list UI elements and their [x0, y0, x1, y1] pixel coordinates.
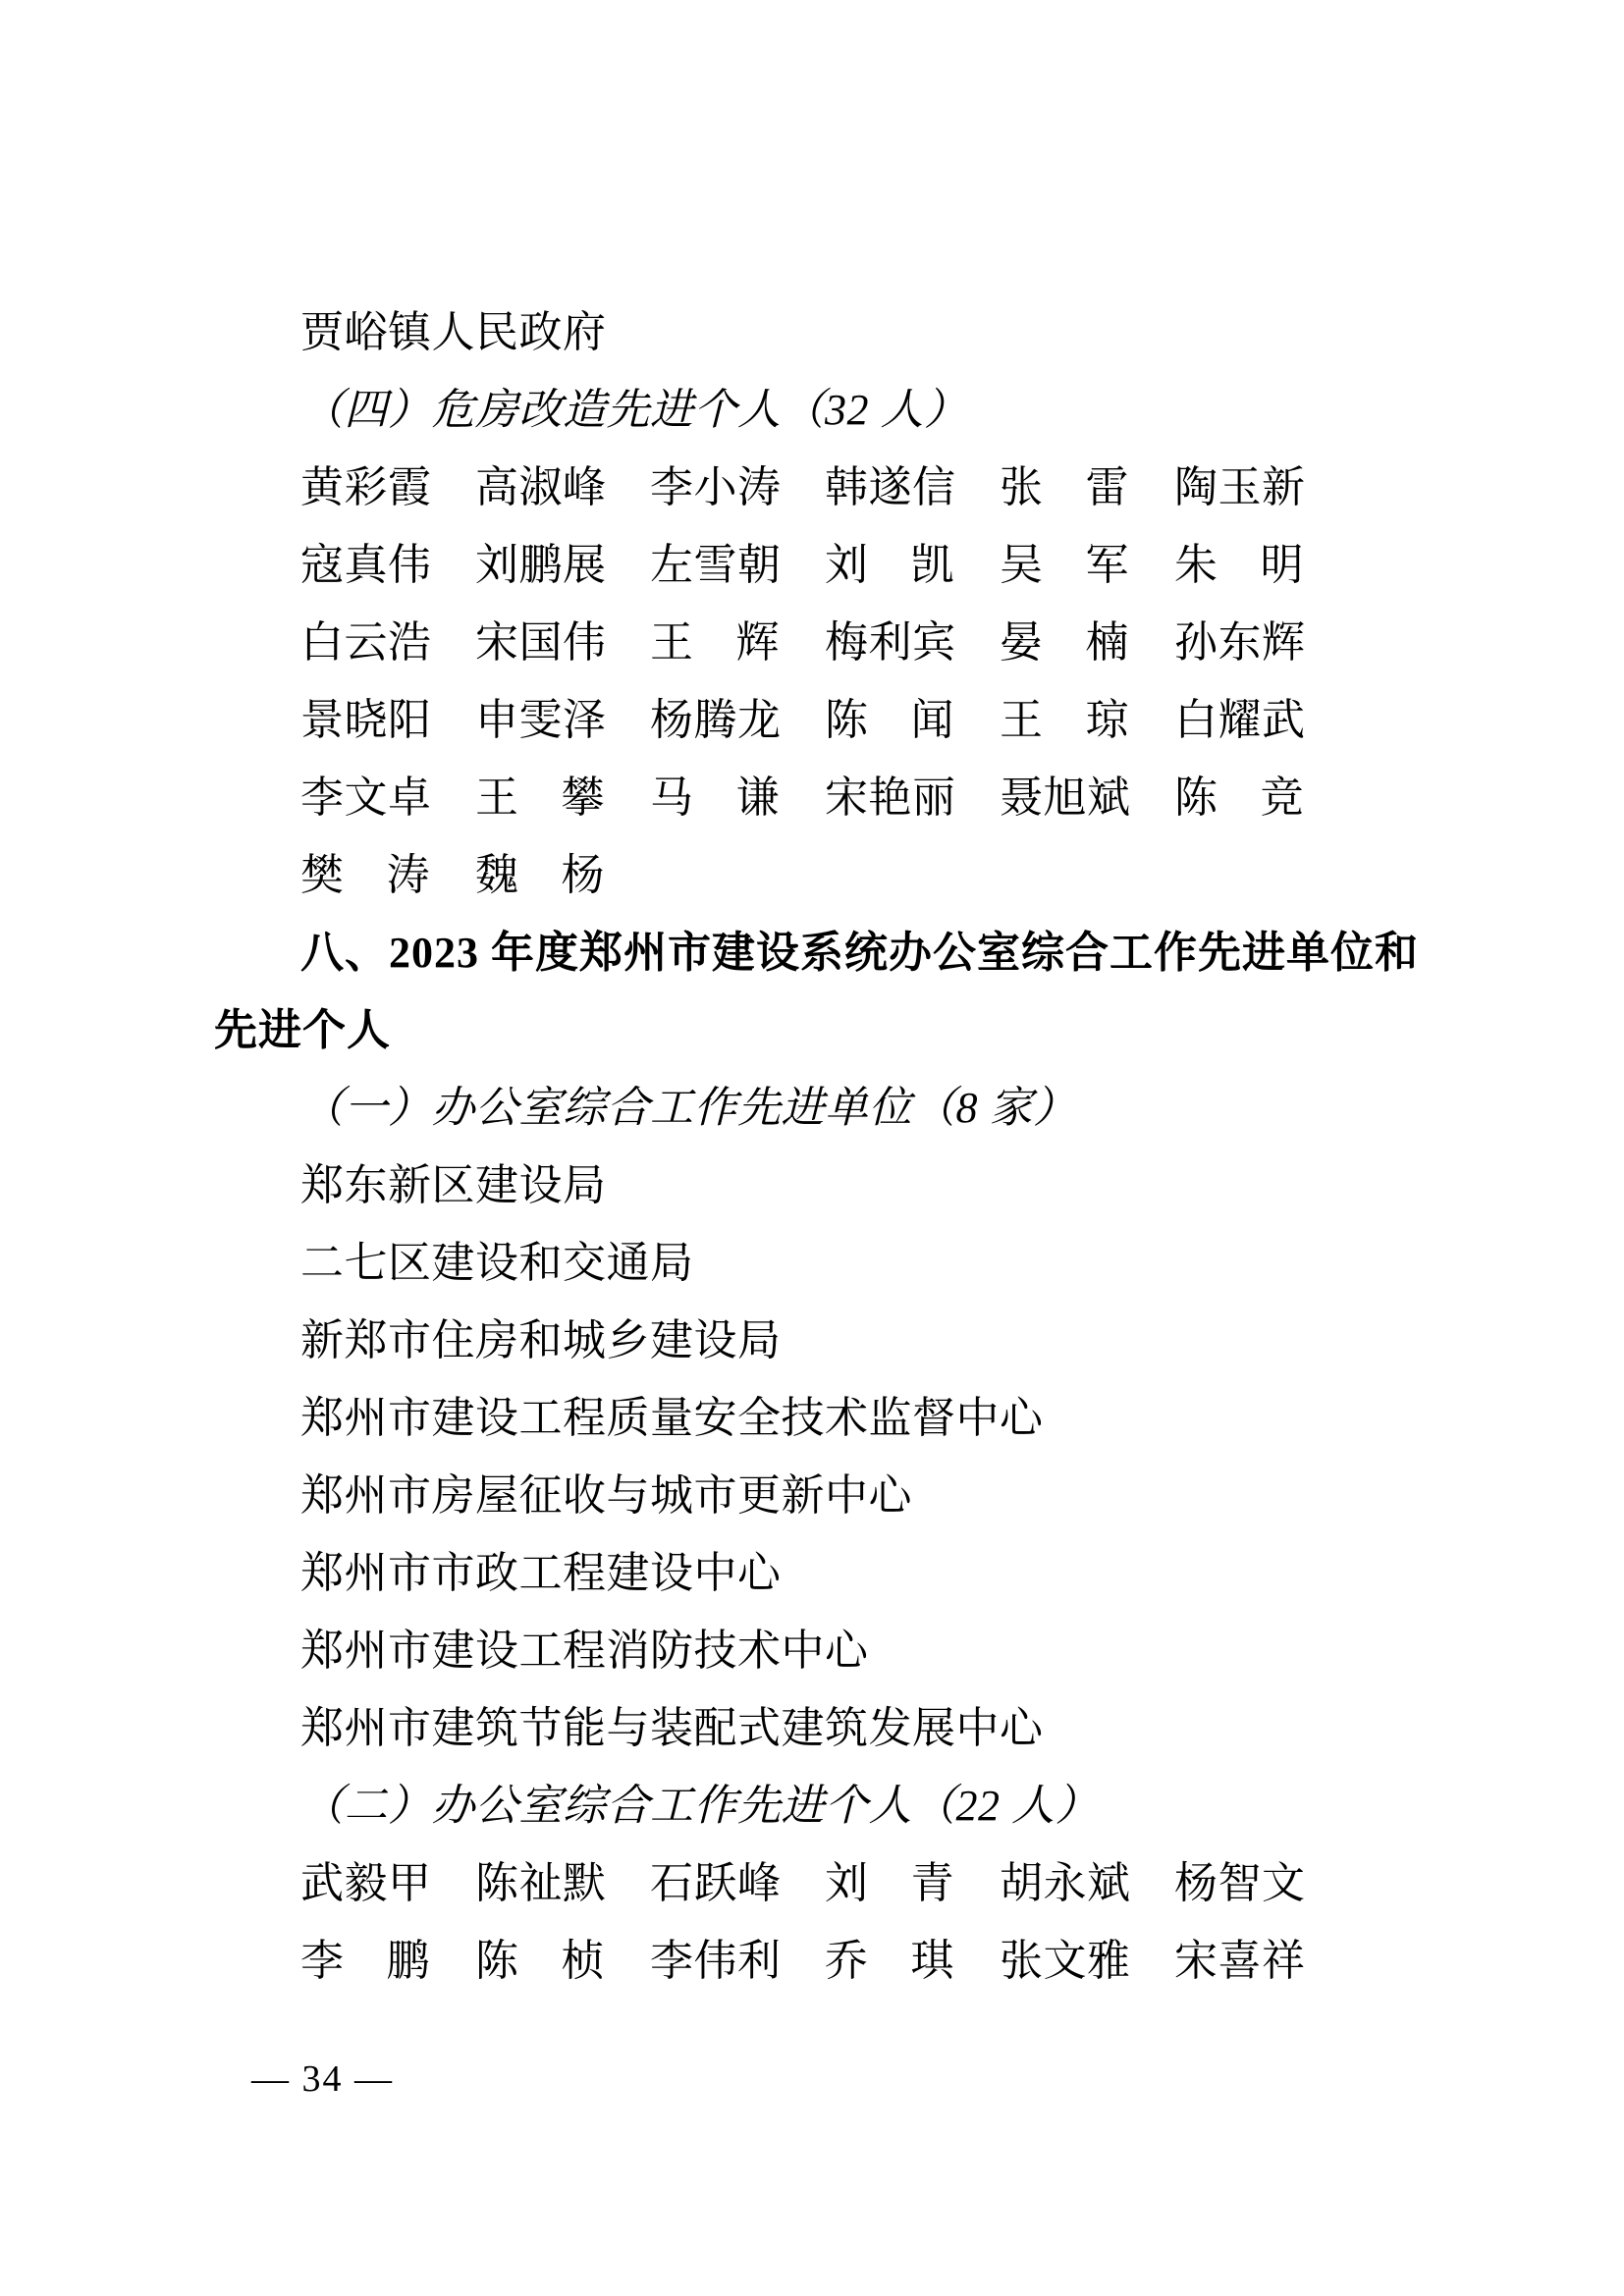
person-name: 张雷 — [1000, 449, 1129, 526]
person-name: 黄彩霞 — [300, 449, 430, 526]
page-number: — 34 — — [251, 2057, 394, 2101]
person-name: 陈桢 — [475, 1922, 605, 2000]
person-name: 高淑峰 — [475, 449, 605, 526]
person-name: 杨智文 — [1174, 1844, 1304, 1922]
person-name: 左雪朝 — [650, 526, 780, 604]
subsection-heading-1: （一）办公室综合工作先进单位（8 家） — [214, 1069, 1432, 1147]
person-name: 乔琪 — [825, 1922, 954, 2000]
subsection-heading-4: （四）危房改造先进个人（32 人） — [214, 371, 1432, 449]
person-name: 陈闻 — [825, 681, 954, 759]
subsection-heading-2: （二）办公室综合工作先进个人（22 人） — [214, 1767, 1432, 1844]
name-row: 白云浩宋国伟王辉梅利宾晏楠孙东辉 — [214, 604, 1432, 681]
person-name: 魏杨 — [475, 836, 605, 914]
person-name: 石跃峰 — [650, 1844, 780, 1922]
person-name: 宋喜祥 — [1174, 1922, 1304, 2000]
person-name: 王辉 — [650, 604, 780, 681]
person-name: 孙东辉 — [1174, 604, 1304, 681]
document-page: 贾峪镇人民政府 （四）危房改造先进个人（32 人） 黄彩霞高淑峰李小涛韩遂信张雷… — [0, 0, 1624, 2296]
person-name: 晏楠 — [1000, 604, 1129, 681]
section-8-heading-line2: 先进个人 — [214, 991, 1432, 1069]
person-name: 陶玉新 — [1174, 449, 1304, 526]
person-name: 寇真伟 — [300, 526, 430, 604]
person-name: 景晓阳 — [300, 681, 430, 759]
person-name: 樊涛 — [300, 836, 430, 914]
person-name: 李小涛 — [650, 449, 780, 526]
person-name: 韩遂信 — [825, 449, 954, 526]
award-unit-line: 郑州市市政工程建设中心 — [214, 1534, 1432, 1612]
name-row: 武毅甲陈祉默石跃峰刘青胡永斌杨智文 — [214, 1844, 1432, 1922]
person-name: 申雯泽 — [475, 681, 605, 759]
person-name: 刘凯 — [825, 526, 954, 604]
award-unit-line: 郑东新区建设局 — [214, 1147, 1432, 1224]
person-name: 白耀武 — [1174, 681, 1304, 759]
person-name: 宋艳丽 — [825, 759, 954, 836]
person-name: 吴军 — [1000, 526, 1129, 604]
person-name: 朱明 — [1174, 526, 1304, 604]
person-name: 李文卓 — [300, 759, 430, 836]
person-name: 白云浩 — [300, 604, 430, 681]
name-row: 李鹏陈桢李伟利乔琪张文雅宋喜祥 — [214, 1922, 1432, 2000]
name-row: 寇真伟刘鹏展左雪朝刘凯吴军朱明 — [214, 526, 1432, 604]
person-name: 宋国伟 — [475, 604, 605, 681]
award-unit-line: 二七区建设和交通局 — [214, 1224, 1432, 1302]
document-body: 贾峪镇人民政府 （四）危房改造先进个人（32 人） 黄彩霞高淑峰李小涛韩遂信张雷… — [214, 294, 1432, 2000]
award-unit-line: 贾峪镇人民政府 — [214, 294, 1432, 371]
name-row: 樊涛魏杨 — [214, 836, 1432, 914]
name-row: 黄彩霞高淑峰李小涛韩遂信张雷陶玉新 — [214, 449, 1432, 526]
name-row: 景晓阳申雯泽杨腾龙陈闻王琼白耀武 — [214, 681, 1432, 759]
person-name: 杨腾龙 — [650, 681, 780, 759]
name-row: 李文卓王攀马谦宋艳丽聂旭斌陈竞 — [214, 759, 1432, 836]
person-name: 王琼 — [1000, 681, 1129, 759]
person-name: 李鹏 — [300, 1922, 430, 2000]
award-unit-line: 郑州市建筑节能与装配式建筑发展中心 — [214, 1689, 1432, 1767]
person-name: 陈竞 — [1174, 759, 1304, 836]
person-name: 刘鹏展 — [475, 526, 605, 604]
award-unit-line: 郑州市房屋征收与城市更新中心 — [214, 1457, 1432, 1534]
person-name: 梅利宾 — [825, 604, 954, 681]
person-name: 刘青 — [825, 1844, 954, 1922]
person-name: 李伟利 — [650, 1922, 780, 2000]
person-name: 武毅甲 — [300, 1844, 430, 1922]
section-8-heading-line1: 八、2023 年度郑州市建设系统办公室综合工作先进单位和 — [214, 914, 1432, 991]
person-name: 王攀 — [475, 759, 605, 836]
person-name: 张文雅 — [1000, 1922, 1129, 2000]
award-unit-line: 新郑市住房和城乡建设局 — [214, 1302, 1432, 1379]
award-unit-line: 郑州市建设工程消防技术中心 — [214, 1612, 1432, 1689]
person-name: 陈祉默 — [475, 1844, 605, 1922]
person-name: 胡永斌 — [1000, 1844, 1129, 1922]
award-unit-line: 郑州市建设工程质量安全技术监督中心 — [214, 1379, 1432, 1457]
person-name: 马谦 — [650, 759, 780, 836]
person-name: 聂旭斌 — [1000, 759, 1129, 836]
